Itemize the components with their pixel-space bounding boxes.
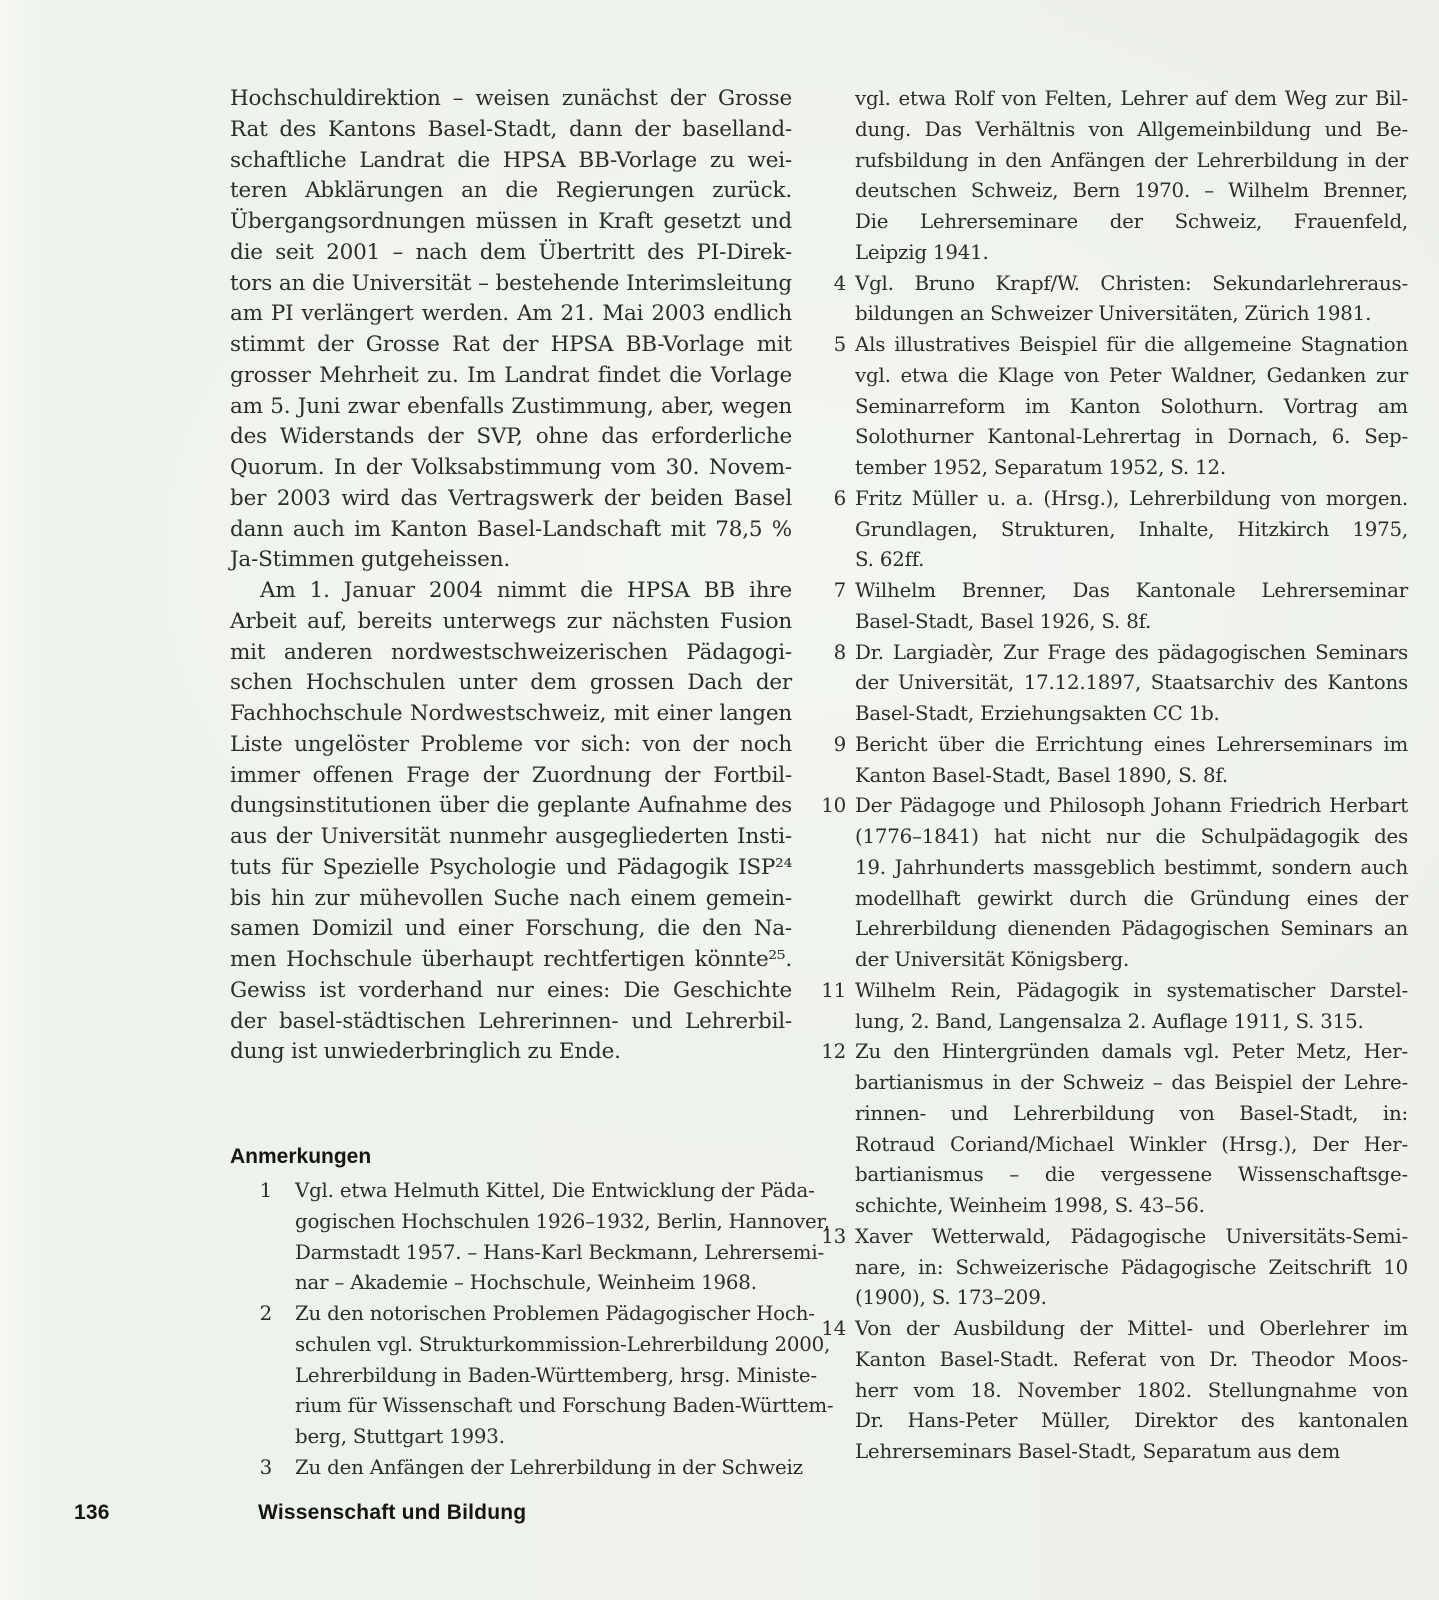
text-line: vgl. etwa die Klage von Peter Waldner, G… bbox=[855, 361, 1408, 392]
footnote-number: 4 bbox=[812, 269, 846, 331]
text-line: deutschen Schweiz, Bern 1970. – Wilhelm … bbox=[855, 176, 1408, 207]
text-line: Von der Ausbildung der Mittel- und Oberl… bbox=[855, 1314, 1408, 1345]
text-line: Vgl. Bruno Krapf/W. Christen: Sekundarle… bbox=[855, 269, 1408, 300]
footnote: 12Zu den Hintergründen damals vgl. Peter… bbox=[812, 1037, 1408, 1222]
footnote-number bbox=[812, 84, 846, 269]
text-line: Lehrerbildung in Baden-Württemberg, hrsg… bbox=[295, 1361, 792, 1392]
text-line: dann auch im Kanton Basel-Landschaft mit… bbox=[230, 515, 792, 546]
text-line: teren Abklärungen an die Regierungen zur… bbox=[230, 176, 792, 207]
footnote-text: Zu den Anfängen der Lehrerbildung in der… bbox=[295, 1453, 792, 1484]
text-line: Am 1. Januar 2004 nimmt die HPSA BB ihre bbox=[230, 576, 792, 607]
footnote-text: Bericht über die Errichtung eines Lehrer… bbox=[855, 730, 1408, 792]
footnote: 9Bericht über die Errichtung eines Lehre… bbox=[812, 730, 1408, 792]
text-line: aus der Universität nunmehr ausgeglieder… bbox=[230, 822, 792, 853]
text-line: Arbeit auf, bereits unterwegs zur nächst… bbox=[230, 607, 792, 638]
footnote-number: 12 bbox=[812, 1037, 846, 1222]
footnote-text: Zu den Hintergründen damals vgl. Peter M… bbox=[855, 1037, 1408, 1222]
text-line: Fritz Müller u. a. (Hrsg.), Lehrerbildun… bbox=[855, 484, 1408, 515]
text-line: Zu den Hintergründen damals vgl. Peter M… bbox=[855, 1037, 1408, 1068]
text-line: vgl. etwa Rolf von Felten, Lehrer auf de… bbox=[855, 84, 1408, 115]
footnote-number: 5 bbox=[812, 330, 846, 484]
text-line: rinnen- und Lehrerbildung von Basel-Stad… bbox=[855, 1099, 1408, 1130]
footnote-number: 9 bbox=[812, 730, 846, 792]
footnote: 11Wilhelm Rein, Pädagogik in systematisc… bbox=[812, 976, 1408, 1038]
text-line: Kanton Basel-Stadt, Basel 1890, S. 8f. bbox=[855, 761, 1408, 792]
text-line: immer offenen Frage der Zuordnung der Fo… bbox=[230, 761, 792, 792]
text-line: tuts für Spezielle Psychologie und Pädag… bbox=[230, 853, 792, 884]
text-line: gogischen Hochschulen 1926–1932, Berlin,… bbox=[295, 1207, 792, 1238]
footnote-number: 6 bbox=[812, 484, 846, 576]
text-line: (1900), S. 173–209. bbox=[855, 1283, 1408, 1314]
footnote: vgl. etwa Rolf von Felten, Lehrer auf de… bbox=[812, 84, 1408, 269]
footnote-number: 13 bbox=[812, 1222, 846, 1314]
body-paragraph: Am 1. Januar 2004 nimmt die HPSA BB ihre… bbox=[230, 576, 792, 1068]
text-line: Wilhelm Brenner, Das Kantonale Lehrersem… bbox=[855, 576, 1408, 607]
footnote-number: 1 bbox=[230, 1176, 272, 1299]
text-line: Der Pädagoge und Philosoph Johann Friedr… bbox=[855, 791, 1408, 822]
text-line: Grundlagen, Strukturen, Inhalte, Hitzkir… bbox=[855, 515, 1408, 546]
scanned-book-page: Hochschuldirektion – weisen zunächst der… bbox=[0, 0, 1439, 1600]
text-line: schulen vgl. Strukturkommission-Lehrerbi… bbox=[295, 1330, 792, 1361]
text-line: schichte, Weinheim 1998, S. 43–56. bbox=[855, 1191, 1408, 1222]
footnote-text: Zu den notorischen Problemen Pädagogisch… bbox=[295, 1299, 792, 1453]
text-line: Lehrerseminars Basel-Stadt, Separatum au… bbox=[855, 1437, 1408, 1468]
text-line: nar – Akademie – Hochschule, Weinheim 19… bbox=[295, 1268, 792, 1299]
text-line: Fachhochschule Nordwestschweiz, mit eine… bbox=[230, 699, 792, 730]
footnote: 10Der Pädagoge und Philosoph Johann Frie… bbox=[812, 791, 1408, 976]
text-line: des Widerstands der SVP, ohne das erford… bbox=[230, 422, 792, 453]
text-line: Ja-Stimmen gutgeheissen. bbox=[230, 545, 792, 576]
footnote: 4Vgl. Bruno Krapf/W. Christen: Sekundarl… bbox=[812, 269, 1408, 331]
text-line: Darmstadt 1957. – Hans-Karl Beckmann, Le… bbox=[295, 1238, 792, 1269]
endnotes-left-column: Anmerkungen 1Vgl. etwa Helmuth Kittel, D… bbox=[230, 1142, 792, 1484]
footnote: 8Dr. Largiadèr, Zur Frage des pädagogisc… bbox=[812, 638, 1408, 730]
text-line: ber 2003 wird das Vertragswerk der beide… bbox=[230, 484, 792, 515]
endnotes-heading: Anmerkungen bbox=[230, 1142, 792, 1172]
footnote-text: Wilhelm Brenner, Das Kantonale Lehrersem… bbox=[855, 576, 1408, 638]
text-line: der Universität, 17.12.1897, Staatsarchi… bbox=[855, 668, 1408, 699]
text-line: Dr. Hans-Peter Müller, Direktor des kant… bbox=[855, 1406, 1408, 1437]
text-line: der basel-städtischen Lehrerinnen- und L… bbox=[230, 1007, 792, 1038]
text-line: Wilhelm Rein, Pädagogik in systematische… bbox=[855, 976, 1408, 1007]
text-line: Rotraud Coriand/Michael Winkler (Hrsg.),… bbox=[855, 1130, 1408, 1161]
text-line: lung, 2. Band, Langensalza 2. Auflage 19… bbox=[855, 1007, 1408, 1038]
text-line: Lehrerbildung dienenden Pädagogischen Se… bbox=[855, 914, 1408, 945]
text-line: modellhaft gewirkt durch die Gründung ei… bbox=[855, 884, 1408, 915]
footnote-text: Der Pädagoge und Philosoph Johann Friedr… bbox=[855, 791, 1408, 976]
text-line: der Universität Königsberg. bbox=[855, 945, 1408, 976]
text-line: mit anderen nordwestschweizerischen Päda… bbox=[230, 638, 792, 669]
footnote-text: Fritz Müller u. a. (Hrsg.), Lehrerbildun… bbox=[855, 484, 1408, 576]
endnotes-left-rows: 1Vgl. etwa Helmuth Kittel, Die Entwicklu… bbox=[230, 1176, 792, 1484]
text-line: 19. Jahrhunderts massgeblich bestimmt, s… bbox=[855, 853, 1408, 884]
text-line: Hochschuldirektion – weisen zunächst der… bbox=[230, 84, 792, 115]
text-line: Zu den Anfängen der Lehrerbildung in der… bbox=[295, 1453, 792, 1484]
text-line: bartianismus – die vergessene Wissenscha… bbox=[855, 1160, 1408, 1191]
text-line: rium für Wissenschaft und Forschung Bade… bbox=[295, 1391, 792, 1422]
text-line: Basel-Stadt, Erziehungsakten CC 1b. bbox=[855, 699, 1408, 730]
text-line: S. 62ff. bbox=[855, 545, 1408, 576]
text-line: Solothurner Kantonal-Lehrertag in Dornac… bbox=[855, 422, 1408, 453]
text-line: dungsinstitutionen über die geplante Auf… bbox=[230, 791, 792, 822]
text-line: Seminarreform im Kanton Solothurn. Vortr… bbox=[855, 392, 1408, 423]
text-line: am 5. Juni zwar ebenfalls Zustimmung, ab… bbox=[230, 392, 792, 423]
footnote: 1Vgl. etwa Helmuth Kittel, Die Entwicklu… bbox=[230, 1176, 792, 1299]
text-line: Vgl. etwa Helmuth Kittel, Die Entwicklun… bbox=[295, 1176, 792, 1207]
footnote-text: Als illustratives Beispiel für die allge… bbox=[855, 330, 1408, 484]
text-line: Bericht über die Errichtung eines Lehrer… bbox=[855, 730, 1408, 761]
footnote-number: 10 bbox=[812, 791, 846, 976]
text-line: samen Domizil und einer Forschung, die d… bbox=[230, 914, 792, 945]
text-line: berg, Stuttgart 1993. bbox=[295, 1422, 792, 1453]
text-line: Dr. Largiadèr, Zur Frage des pädagogisch… bbox=[855, 638, 1408, 669]
main-text-column: Hochschuldirektion – weisen zunächst der… bbox=[230, 84, 792, 1068]
footnote-text: Vgl. Bruno Krapf/W. Christen: Sekundarle… bbox=[855, 269, 1408, 331]
footnote-number: 7 bbox=[812, 576, 846, 638]
text-line: schaftliche Landrat die HPSA BB-Vorlage … bbox=[230, 146, 792, 177]
footnote: 13Xaver Wetterwald, Pädagogische Univers… bbox=[812, 1222, 1408, 1314]
text-line: Xaver Wetterwald, Pädagogische Universit… bbox=[855, 1222, 1408, 1253]
text-line: stimmt der Grosse Rat der HPSA BB-Vorlag… bbox=[230, 330, 792, 361]
body-paragraph: Hochschuldirektion – weisen zunächst der… bbox=[230, 84, 792, 576]
text-line: nare, in: Schweizerische Pädagogische Ze… bbox=[855, 1253, 1408, 1284]
text-line: Basel-Stadt, Basel 1926, S. 8f. bbox=[855, 607, 1408, 638]
text-line: am PI verlängert werden. Am 21. Mai 2003… bbox=[230, 299, 792, 330]
running-footer-title: Wissenschaft und Bildung bbox=[258, 1498, 526, 1528]
text-line: Die Lehrerseminare der Schweiz, Frauenfe… bbox=[855, 207, 1408, 238]
text-line: grosser Mehrheit zu. Im Landrat findet d… bbox=[230, 361, 792, 392]
text-line: Quorum. In der Volksabstimmung vom 30. N… bbox=[230, 453, 792, 484]
footnote-number: 2 bbox=[230, 1299, 272, 1453]
footnote: 3Zu den Anfängen der Lehrerbildung in de… bbox=[230, 1453, 792, 1484]
endnotes-right-column: vgl. etwa Rolf von Felten, Lehrer auf de… bbox=[812, 84, 1408, 1468]
text-line: die seit 2001 – nach dem Übertritt des P… bbox=[230, 238, 792, 269]
text-line: tember 1952, Separatum 1952, S. 12. bbox=[855, 453, 1408, 484]
text-line: Gewiss ist vorderhand nur eines: Die Ges… bbox=[230, 976, 792, 1007]
text-line: bis hin zur mühevollen Suche nach einem … bbox=[230, 884, 792, 915]
footnote-number: 3 bbox=[230, 1453, 272, 1484]
page-number: 136 bbox=[74, 1498, 110, 1528]
text-line: bildungen an Schweizer Universitäten, Zü… bbox=[855, 299, 1408, 330]
text-line: herr vom 18. November 1802. Stellungnahm… bbox=[855, 1376, 1408, 1407]
footnote: 7Wilhelm Brenner, Das Kantonale Lehrerse… bbox=[812, 576, 1408, 638]
text-line: tors an die Universität – bestehende Int… bbox=[230, 269, 792, 300]
footnote-number: 8 bbox=[812, 638, 846, 730]
text-line: schen Hochschulen unter dem grossen Dach… bbox=[230, 668, 792, 699]
footnote: 14Von der Ausbildung der Mittel- und Obe… bbox=[812, 1314, 1408, 1468]
footnote-text: vgl. etwa Rolf von Felten, Lehrer auf de… bbox=[855, 84, 1408, 269]
text-line: dung ist unwiederbringlich zu Ende. bbox=[230, 1037, 792, 1068]
text-line: dung. Das Verhältnis von Allgemeinbildun… bbox=[855, 115, 1408, 146]
footnote-text: Vgl. etwa Helmuth Kittel, Die Entwicklun… bbox=[295, 1176, 792, 1299]
footnote-text: Xaver Wetterwald, Pädagogische Universit… bbox=[855, 1222, 1408, 1314]
footnote-text: Wilhelm Rein, Pädagogik in systematische… bbox=[855, 976, 1408, 1038]
text-line: (1776–1841) hat nicht nur die Schulpädag… bbox=[855, 822, 1408, 853]
text-line: Liste ungelöster Probleme vor sich: von … bbox=[230, 730, 792, 761]
footnote-text: Von der Ausbildung der Mittel- und Oberl… bbox=[855, 1314, 1408, 1468]
footnote-number: 11 bbox=[812, 976, 846, 1038]
text-line: Kanton Basel-Stadt. Referat von Dr. Theo… bbox=[855, 1345, 1408, 1376]
text-line: Leipzig 1941. bbox=[855, 238, 1408, 269]
footnote: 2Zu den notorischen Problemen Pädagogisc… bbox=[230, 1299, 792, 1453]
text-line: bartianismus in der Schweiz – das Beispi… bbox=[855, 1068, 1408, 1099]
footnote: 5Als illustratives Beispiel für die allg… bbox=[812, 330, 1408, 484]
text-line: men Hochschule überhaupt rechtfertigen k… bbox=[230, 945, 792, 976]
text-line: rufsbildung in den Anfängen der Lehrerbi… bbox=[855, 146, 1408, 177]
text-line: Zu den notorischen Problemen Pädagogisch… bbox=[295, 1299, 792, 1330]
text-line: Übergangsordnungen müssen in Kraft geset… bbox=[230, 207, 792, 238]
footnote: 6Fritz Müller u. a. (Hrsg.), Lehrerbildu… bbox=[812, 484, 1408, 576]
text-line: Als illustratives Beispiel für die allge… bbox=[855, 330, 1408, 361]
footnote-text: Dr. Largiadèr, Zur Frage des pädagogisch… bbox=[855, 638, 1408, 730]
text-line: Rat des Kantons Basel-Stadt, dann der ba… bbox=[230, 115, 792, 146]
